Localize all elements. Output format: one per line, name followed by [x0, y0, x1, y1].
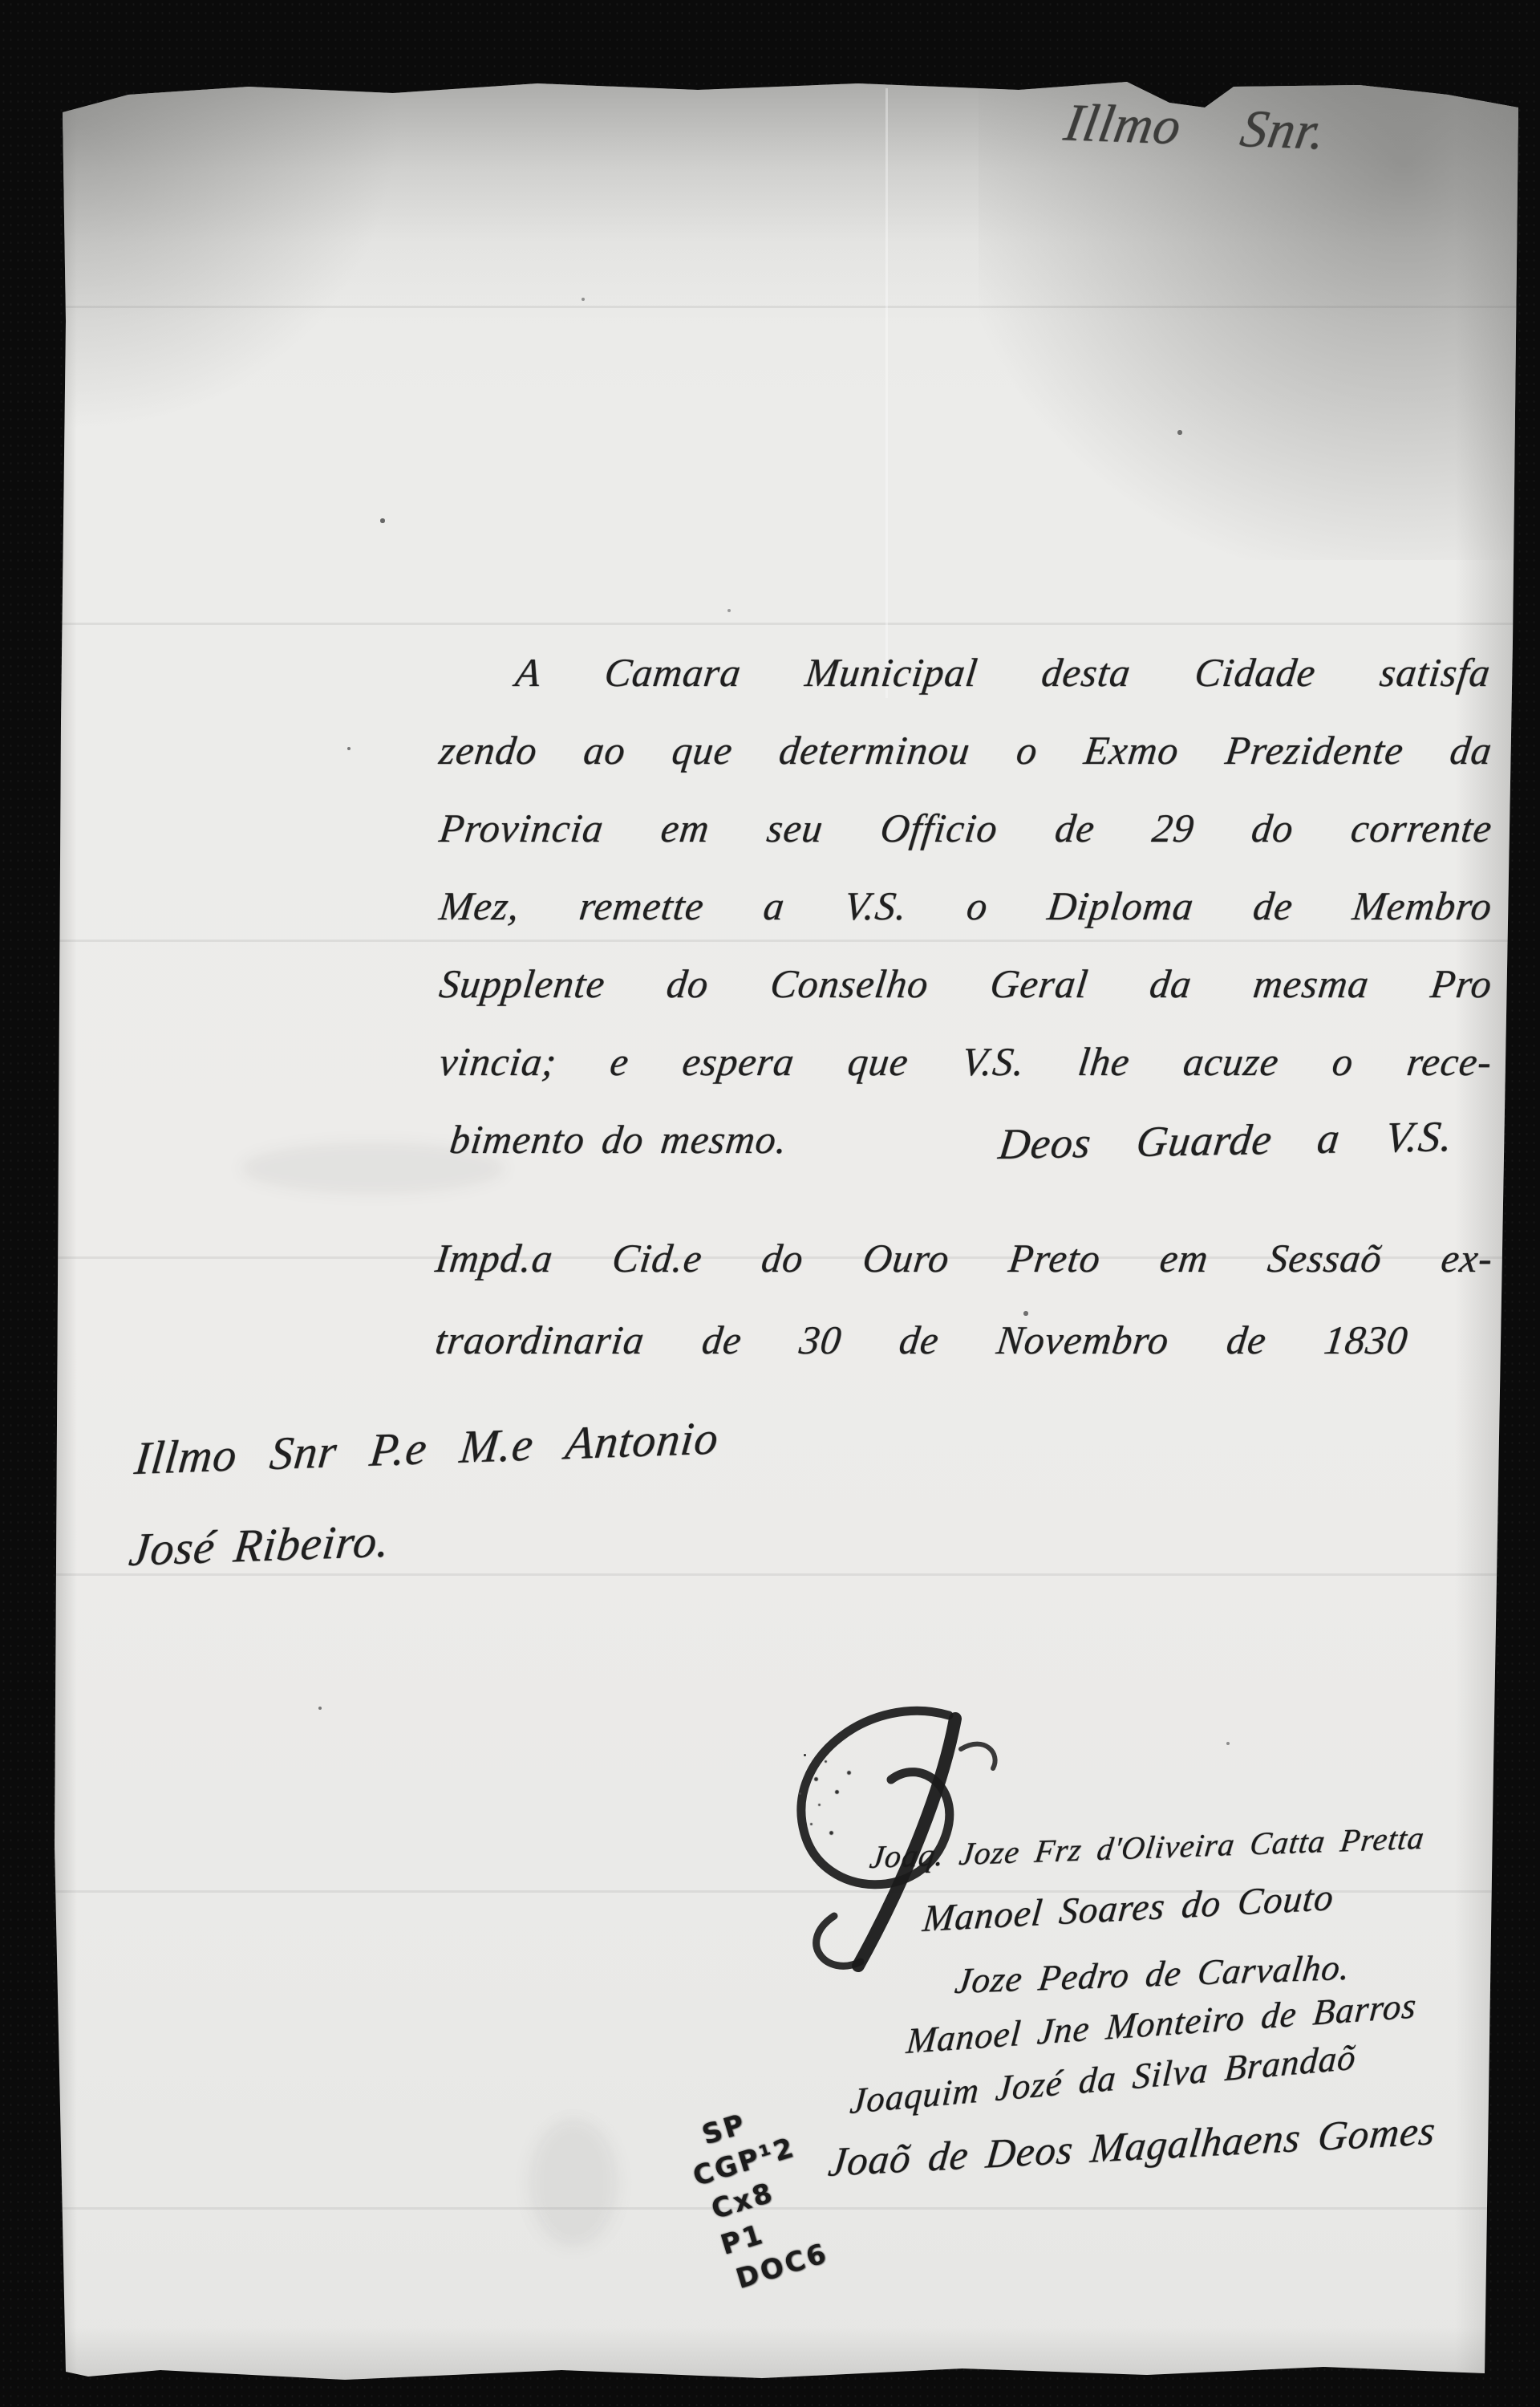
scan-background: Illmo Snr. A Camara Municipal desta Cida…: [0, 0, 1540, 2407]
body-line: Provincia em seu Officio de 29 do corren…: [437, 807, 1494, 850]
dateline: traordinaria de 30 de Novembro de 1830: [433, 1319, 1410, 1362]
body-line: Supplente do Conselho Geral da mesma Pro: [437, 963, 1494, 1005]
body-line: vincia; e espera que V.S. lhe acuze o re…: [437, 1041, 1494, 1083]
body-line: zendo ao que determinou o Exmo Prezident…: [437, 729, 1494, 772]
paper-crease: [885, 88, 888, 698]
letter-salutation: Illmo Snr.: [1060, 95, 1331, 159]
ink-spatter: [804, 1754, 806, 1756]
body-line: Mez, remette a V.S. o Diploma de Membro: [437, 885, 1494, 927]
ink-smudge: [529, 2118, 618, 2247]
paper-specks: [0, 0, 2, 2]
addressee-line: José Ribeiro.: [127, 1516, 392, 1574]
body-line: A Camara Municipal desta Cidade satisfa: [513, 651, 1493, 694]
valediction: Deos Guarde a V.S.: [996, 1114, 1456, 1167]
dateline: Impd.a Cid.e do Ouro Preto em Sessaõ ex-: [433, 1237, 1495, 1280]
body-line: bimento do mesmo.: [448, 1118, 790, 1161]
